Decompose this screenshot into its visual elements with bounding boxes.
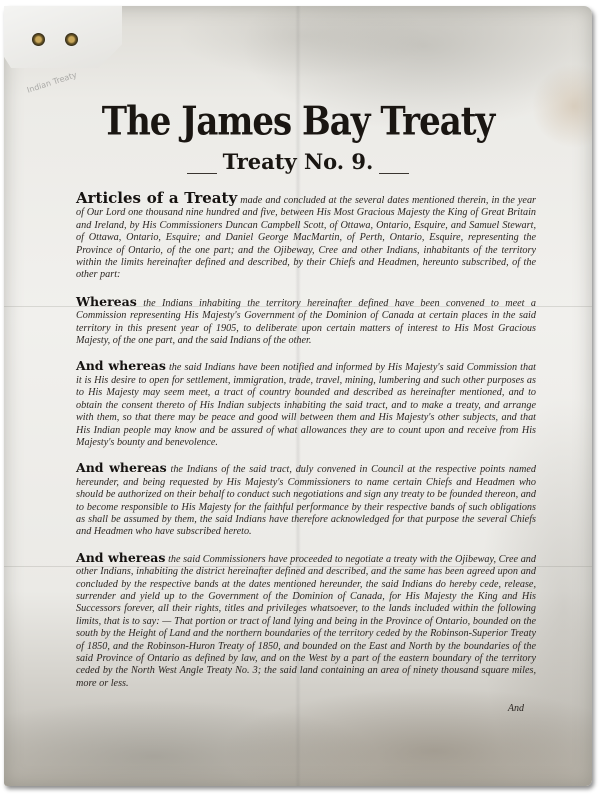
- paragraph-and-whereas-1: And whereas the said Indians have been n…: [76, 360, 536, 449]
- paragraph-lead: Articles of a Treaty: [76, 189, 237, 207]
- pencil-annotation: Indian Treaty: [26, 70, 78, 95]
- paragraph-lead: And whereas: [76, 460, 167, 475]
- paragraph-articles: Articles of a Treaty made and concluded …: [76, 192, 536, 282]
- document-subtitle: Treaty No. 9.: [217, 149, 380, 174]
- grommet-icon: [65, 33, 78, 46]
- document-title: The James Bay Treaty: [4, 99, 592, 145]
- paragraph-lead: Whereas: [76, 294, 137, 309]
- grommet-icon: [32, 33, 45, 46]
- paragraph-lead: And whereas: [76, 358, 166, 373]
- paragraph-text: made and concluded at the several dates …: [76, 195, 536, 280]
- subtitle-wrap: Treaty No. 9.: [4, 149, 592, 174]
- treaty-parchment: Indian Treaty The James Bay Treaty Treat…: [4, 6, 592, 786]
- binding-tab: [4, 6, 122, 68]
- paragraph-and-whereas-2: And whereas the Indians of the said trac…: [76, 462, 536, 538]
- paragraph-text: the said Commissioners have proceeded to…: [76, 554, 536, 689]
- paragraph-and-whereas-3: And whereas the said Commissioners have …: [76, 552, 536, 690]
- paragraph-lead: And whereas: [76, 550, 165, 565]
- catchword: And: [508, 703, 524, 714]
- treaty-body: Articles of a Treaty made and concluded …: [76, 192, 536, 703]
- paragraph-text: the said Indians have been notified and …: [76, 362, 536, 447]
- paragraph-whereas: Whereas the Indians inhabiting the terri…: [76, 296, 536, 348]
- paragraph-text: the Indians inhabiting the territory her…: [76, 298, 536, 346]
